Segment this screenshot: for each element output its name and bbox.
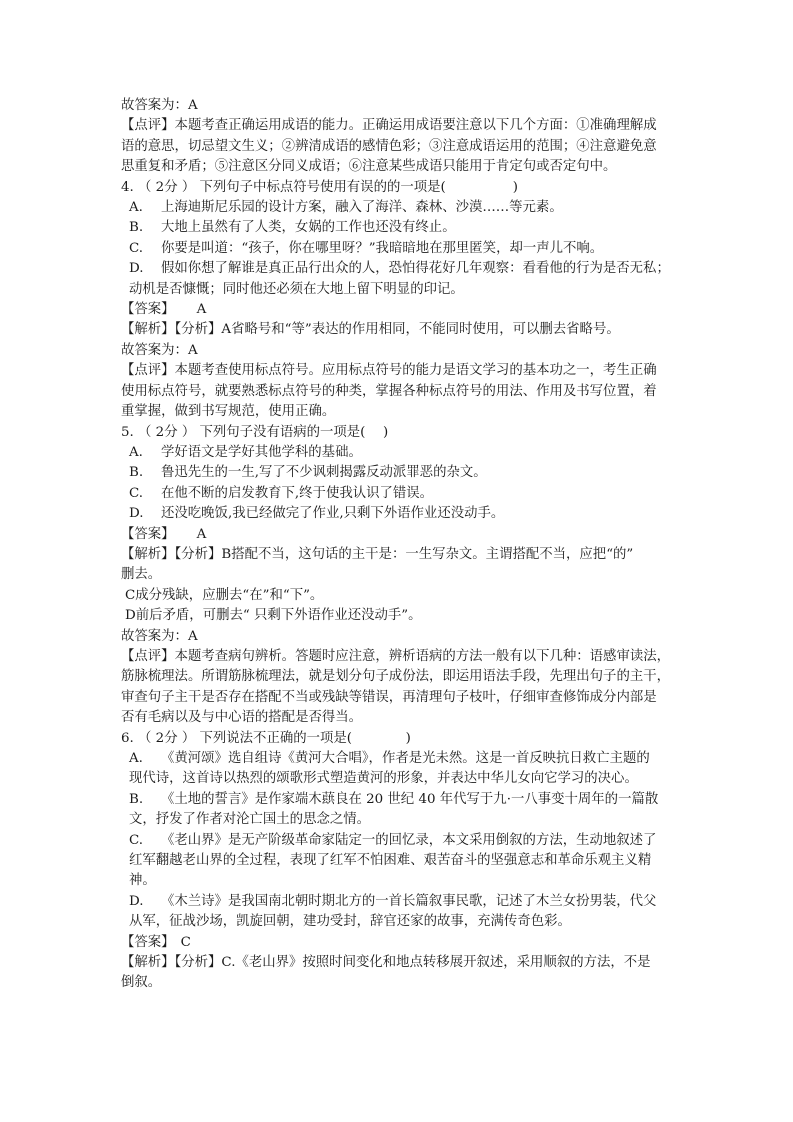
- comment-line: 审查句子主干是否存在搭配不当或残缺等错误，再清理句子枝叶，仔细审查修饰成分内部是: [121, 688, 676, 708]
- analysis-line: 【解析】【分析】A省略号和“等”表达的作用相同，不能同时使用，可以删去省略号。: [121, 320, 676, 340]
- option-continuation: 动机是否慷慨；同时他还必须在大地上留下明显的印记。: [121, 280, 676, 300]
- option-label: D.: [129, 259, 161, 279]
- option-text: 在他不断的启发教育下,终于使我认识了错误。: [161, 486, 433, 501]
- option-a: A.《黄河颂》选自组诗《黄河大合唱》，作者是光未然。这是一首反映抗日救亡主题的: [121, 749, 676, 769]
- comment-line: 【点评】本题考查使用标点符号。应用标点符号的能力是语文学习的基本功之一，考生正确: [121, 361, 676, 381]
- comment-line: 思重复和矛盾；⑤注意区分同义成语；⑥注意某些成语只能用于肯定句或否定句中。: [121, 157, 676, 177]
- option-label: C.: [129, 484, 161, 504]
- option-text: 假如你想了解谁是真正品行出众的人，恐怕得花好几年观察：看看他的行为是否无私；: [161, 261, 670, 276]
- option-text: 你要是叫道：“孩子，你在哪里呀？”我暗暗地在那里匿笑，却一声儿不响。: [161, 241, 603, 256]
- option-c: C.在他不断的启发教育下,终于使我认识了错误。: [121, 484, 676, 504]
- answer-label: 【答案】: [121, 935, 175, 950]
- option-label: C.: [129, 239, 161, 259]
- analysis-line: 【解析】【分析】B搭配不当，这句话的主干是：一生写杂文。主谓搭配不当，应把“的”: [121, 545, 676, 565]
- comment-line: 语的意思，切忌望文生义；②辨清成语的感情色彩；③注意成语运用的范围；④注意避免意: [121, 137, 676, 157]
- analysis-line: 删去。: [121, 565, 676, 585]
- option-text: 还没吃晚饭,我已经做完了作业,只剩下外语作业还没动手。: [161, 506, 504, 521]
- option-label: D.: [129, 504, 161, 524]
- answer-value: C: [181, 935, 191, 950]
- analysis-line: 【解析】【分析】C.《老山界》按照时间变化和地点转移展开叙述，采用顺叙的方法，不…: [121, 953, 676, 973]
- question-5: 5. （ 2分 ） 下列句子没有语病的一项是( ) A.学好语文是学好其他学科的…: [121, 423, 676, 729]
- option-a: A.学好语文是学好其他学科的基础。: [121, 443, 676, 463]
- final-answer: 故答案为：A: [121, 341, 676, 361]
- analysis-line: 倒叙。: [121, 973, 676, 993]
- option-label: B.: [129, 218, 161, 238]
- comment-line: 【点评】本题考查病句辨析。答题时应注意，辨析语病的方法一般有以下几种：语感审读法…: [121, 647, 676, 667]
- comment-line: 否有毛病以及与中心语的搭配是否得当。: [121, 708, 676, 728]
- option-a: A.上海迪斯尼乐园的设计方案，融入了海洋、森林、沙漠……等元素。: [121, 198, 676, 218]
- option-continuation: 神。: [121, 871, 676, 891]
- final-answer: 故答案为：A: [121, 627, 676, 647]
- option-label: A.: [129, 198, 161, 218]
- question-stem: 4. （ 2分 ） 下列句子中标点符号使用有误的的一项是( ): [121, 178, 676, 198]
- option-continuation: 文，抒发了作者对沦亡国土的思念之情。: [121, 810, 676, 830]
- option-continuation: 从军，征战沙场，凯旋回朝，建功受封，辞官还家的故事，充满传奇色彩。: [121, 912, 676, 932]
- question-4: 4. （ 2分 ） 下列句子中标点符号使用有误的的一项是( ) A.上海迪斯尼乐…: [121, 178, 676, 423]
- analysis-line: D前后矛盾，可删去“ 只剩下外语作业还没动手”。: [121, 606, 676, 626]
- answer-line: 【答案】A: [121, 300, 676, 320]
- option-text: 学好语文是学好其他学科的基础。: [161, 445, 362, 460]
- option-text: 《黄河颂》选自组诗《黄河大合唱》，作者是光未然。这是一首反映抗日救亡主题的: [161, 751, 650, 766]
- option-d: D.《木兰诗》是我国南北朝时期北方的一首长篇叙事民歌，记述了木兰女扮男装，代父: [121, 892, 676, 912]
- answer-label: 【答案】: [121, 527, 175, 542]
- answer-line: 【答案】C: [121, 933, 676, 953]
- option-continuation: 现代诗，这首诗以热烈的颂歌形式塑造黄河的形象，并表达中华儿女向它学习的决心。: [121, 769, 676, 789]
- comment-line: 筋脉梳理法。所谓筋脉梳理法，就是划分句子成份法，即运用语法手段，先理出句子的主干…: [121, 667, 676, 687]
- option-text: 《木兰诗》是我国南北朝时期北方的一首长篇叙事民歌，记述了木兰女扮男装，代父: [161, 894, 656, 909]
- answer-value: A: [197, 527, 207, 542]
- answer-line: 【答案】A: [121, 525, 676, 545]
- comment-line: 重掌握，做到书写规范，使用正确。: [121, 402, 676, 422]
- question-stem: 6. （ 2分 ） 下列说法不正确的一项是( ): [121, 729, 676, 749]
- option-d: D.还没吃晚饭,我已经做完了作业,只剩下外语作业还没动手。: [121, 504, 676, 524]
- option-label: A.: [129, 443, 161, 463]
- option-b: B.鲁迅先生的一生,写了不少讽刺揭露反动派罪恶的杂文。: [121, 463, 676, 483]
- option-b: B.《土地的誓言》是作家端木蕻良在 20 世纪 40 年代写于九·一八事变十周年…: [121, 790, 676, 810]
- option-text: 鲁迅先生的一生,写了不少讽刺揭露反动派罪恶的杂文。: [161, 465, 487, 480]
- document-page: 故答案为：A 【点评】本题考查正确运用成语的能力。正确运用成语要注意以下几个方面…: [121, 96, 676, 994]
- analysis-line: C成分残缺，应删去“在”和“下”。: [121, 586, 676, 606]
- comment-line: 使用标点符号，就要熟悉标点符号的种类，掌握各种标点符号的用法、作用及书写位置，着: [121, 382, 676, 402]
- option-label: D.: [129, 892, 161, 912]
- option-label: C.: [129, 831, 161, 851]
- answer-label: 【答案】: [121, 302, 175, 317]
- option-text: 《老山界》是无产阶级革命家陆定一的回忆录，本文采用倒叙的方法，生动地叙述了: [161, 833, 656, 848]
- option-b: B.大地上虽然有了人类，女娲的工作也还没有终止。: [121, 218, 676, 238]
- option-text: 《土地的誓言》是作家端木蕻良在 20 世纪 40 年代写于九·一八事变十周年的一…: [161, 792, 658, 807]
- option-c: C.你要是叫道：“孩子，你在哪里呀？”我暗暗地在那里匿笑，却一声儿不响。: [121, 239, 676, 259]
- question-6: 6. （ 2分 ） 下列说法不正确的一项是( ) A.《黄河颂》选自组诗《黄河大…: [121, 729, 676, 994]
- option-d: D.假如你想了解谁是真正品行出众的人，恐怕得花好几年观察：看看他的行为是否无私；: [121, 259, 676, 279]
- option-text: 上海迪斯尼乐园的设计方案，融入了海洋、森林、沙漠……等元素。: [161, 200, 563, 215]
- option-label: B.: [129, 463, 161, 483]
- answer-value: A: [197, 302, 207, 317]
- option-c: C.《老山界》是无产阶级革命家陆定一的回忆录，本文采用倒叙的方法，生动地叙述了: [121, 831, 676, 851]
- comment-line: 【点评】本题考查正确运用成语的能力。正确运用成语要注意以下几个方面：①准确理解成: [121, 116, 676, 136]
- option-label: B.: [129, 790, 161, 810]
- question-stem: 5. （ 2分 ） 下列句子没有语病的一项是( ): [121, 423, 676, 443]
- final-answer: 故答案为：A: [121, 96, 676, 116]
- option-label: A.: [129, 749, 161, 769]
- option-text: 大地上虽然有了人类，女娲的工作也还没有终止。: [161, 220, 456, 235]
- option-continuation: 红军翻越老山界的全过程，表现了红军不怕困难、艰苦奋斗的坚强意志和革命乐观主义精: [121, 851, 676, 871]
